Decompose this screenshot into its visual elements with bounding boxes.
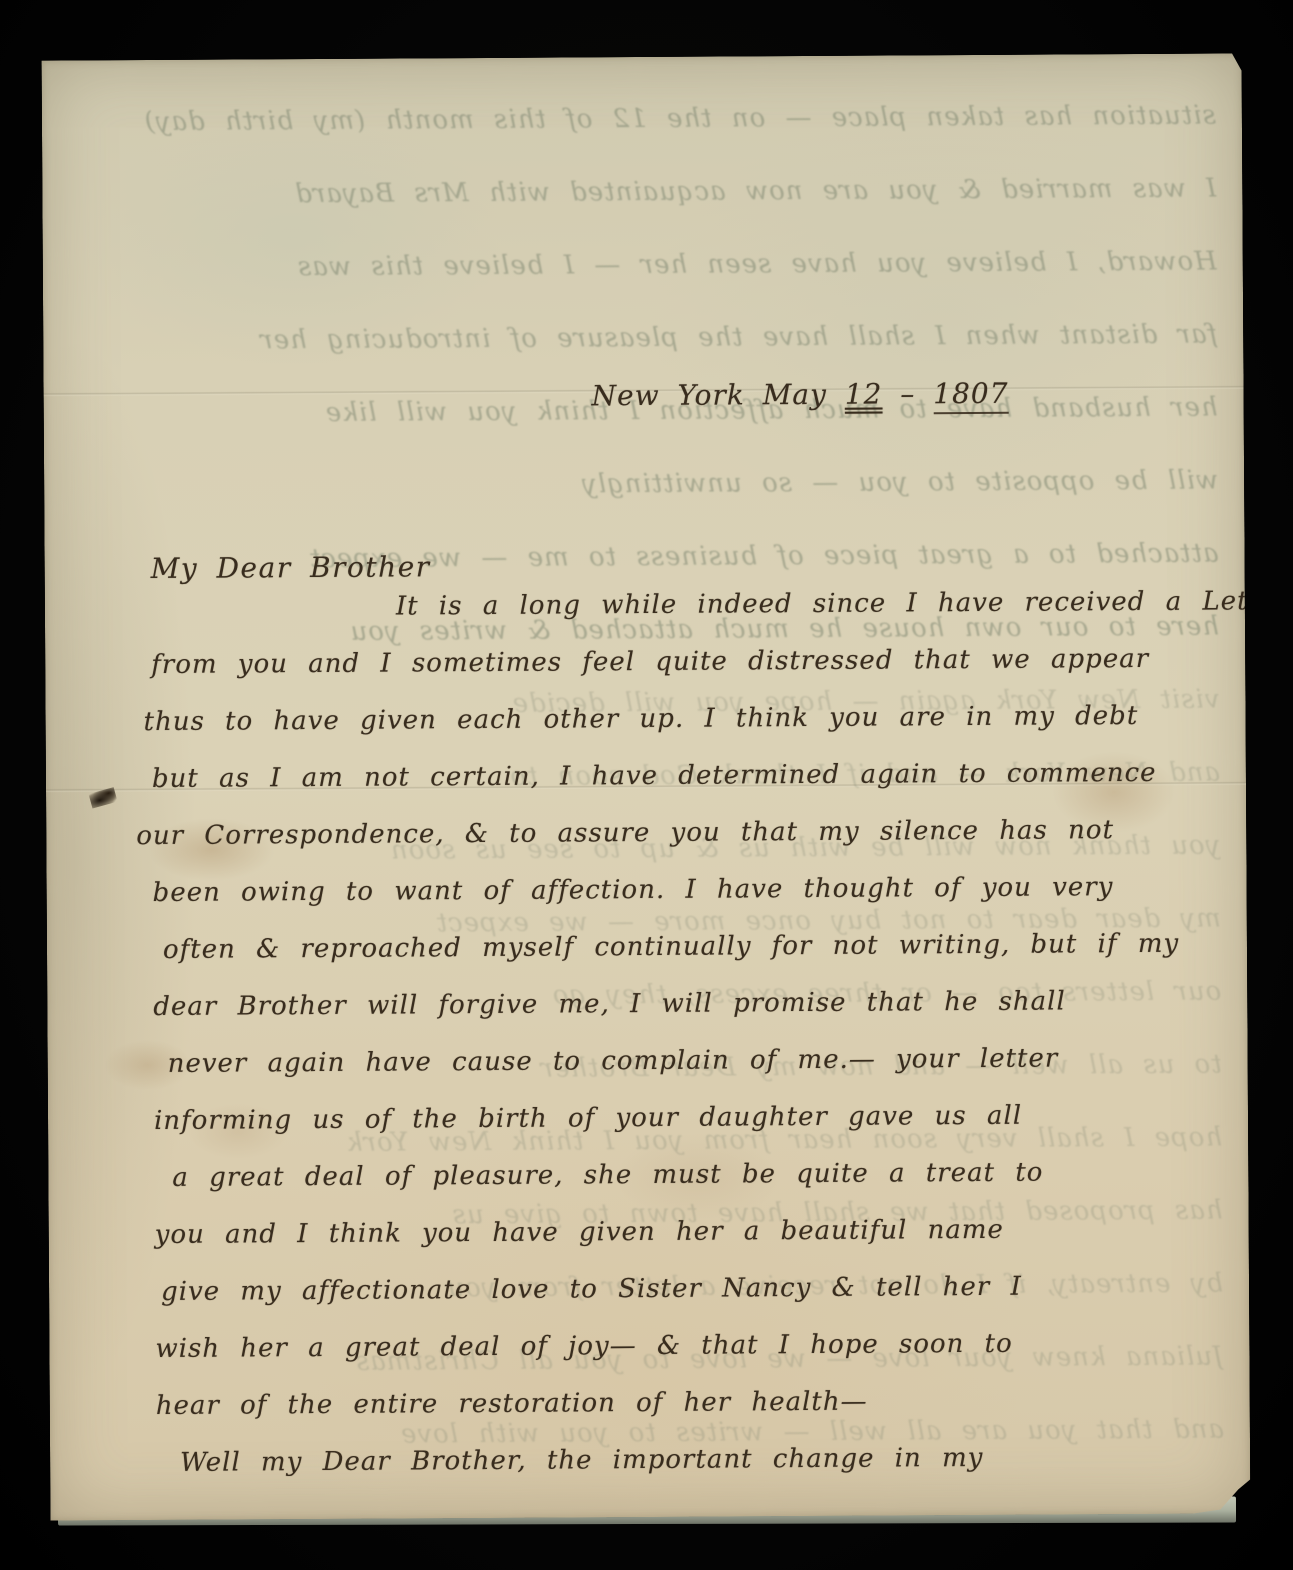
letter-line: but as I am not certain, I have determin… — [152, 744, 1222, 808]
letter-line: informing us of the birth of your daught… — [154, 1086, 1224, 1150]
ghost-line: Howard, I believe you have seen her — I … — [91, 226, 1217, 306]
letter-line: been owing to want of affection. I have … — [152, 858, 1222, 922]
letter-body: It is a long while indeed since I have r… — [151, 573, 1227, 1492]
ghost-line: I was married & you are now acquainted w… — [180, 153, 1216, 232]
dateline-place-month: New York May — [592, 378, 827, 412]
dateline-day: 12 — [845, 378, 883, 411]
ghost-line: situation has taken place — on the 12 of… — [120, 80, 1216, 160]
dateline: New York May 12 – 1807 — [592, 377, 1009, 413]
letter-line: you and I think you have given her a bea… — [155, 1200, 1225, 1264]
letter-line: hear of the entire restoration of her he… — [156, 1371, 1226, 1435]
letter-line: wish her a great deal of joy— & that I h… — [155, 1314, 1225, 1378]
letter-line: It is a long while indeed since I have r… — [151, 573, 1221, 637]
letter-line: dear Brother will forgive me, I will pro… — [153, 972, 1223, 1036]
letter-page: situation has taken place — on the 12 of… — [42, 53, 1251, 1520]
ghost-line: will be opposite to you — so unwittingly — [322, 444, 1218, 522]
letter-line: thus to have given each other up. I thin… — [143, 687, 1221, 751]
letter-line: give my affectionate love to Sister Nanc… — [161, 1257, 1225, 1320]
letter-line: a great deal of pleasure, she must be qu… — [172, 1143, 1224, 1206]
letter-line: never again have cause to complain of me… — [168, 1029, 1224, 1092]
letter-line: Well my Dear Brother, the important chan… — [180, 1428, 1226, 1491]
letter-line: from you and I sometimes feel quite dist… — [151, 630, 1221, 694]
dateline-separator: – — [900, 377, 915, 410]
dateline-year: 1807 — [933, 377, 1008, 414]
scan-background: situation has taken place — on the 12 of… — [0, 0, 1293, 1570]
ink-blot-mark — [89, 787, 118, 808]
letter-line: our Correspondence, & to assure you that… — [136, 801, 1222, 865]
ghost-line: far distant when I shall have the pleasu… — [141, 299, 1217, 379]
letter-line: often & reproached myself continually fo… — [163, 915, 1223, 978]
